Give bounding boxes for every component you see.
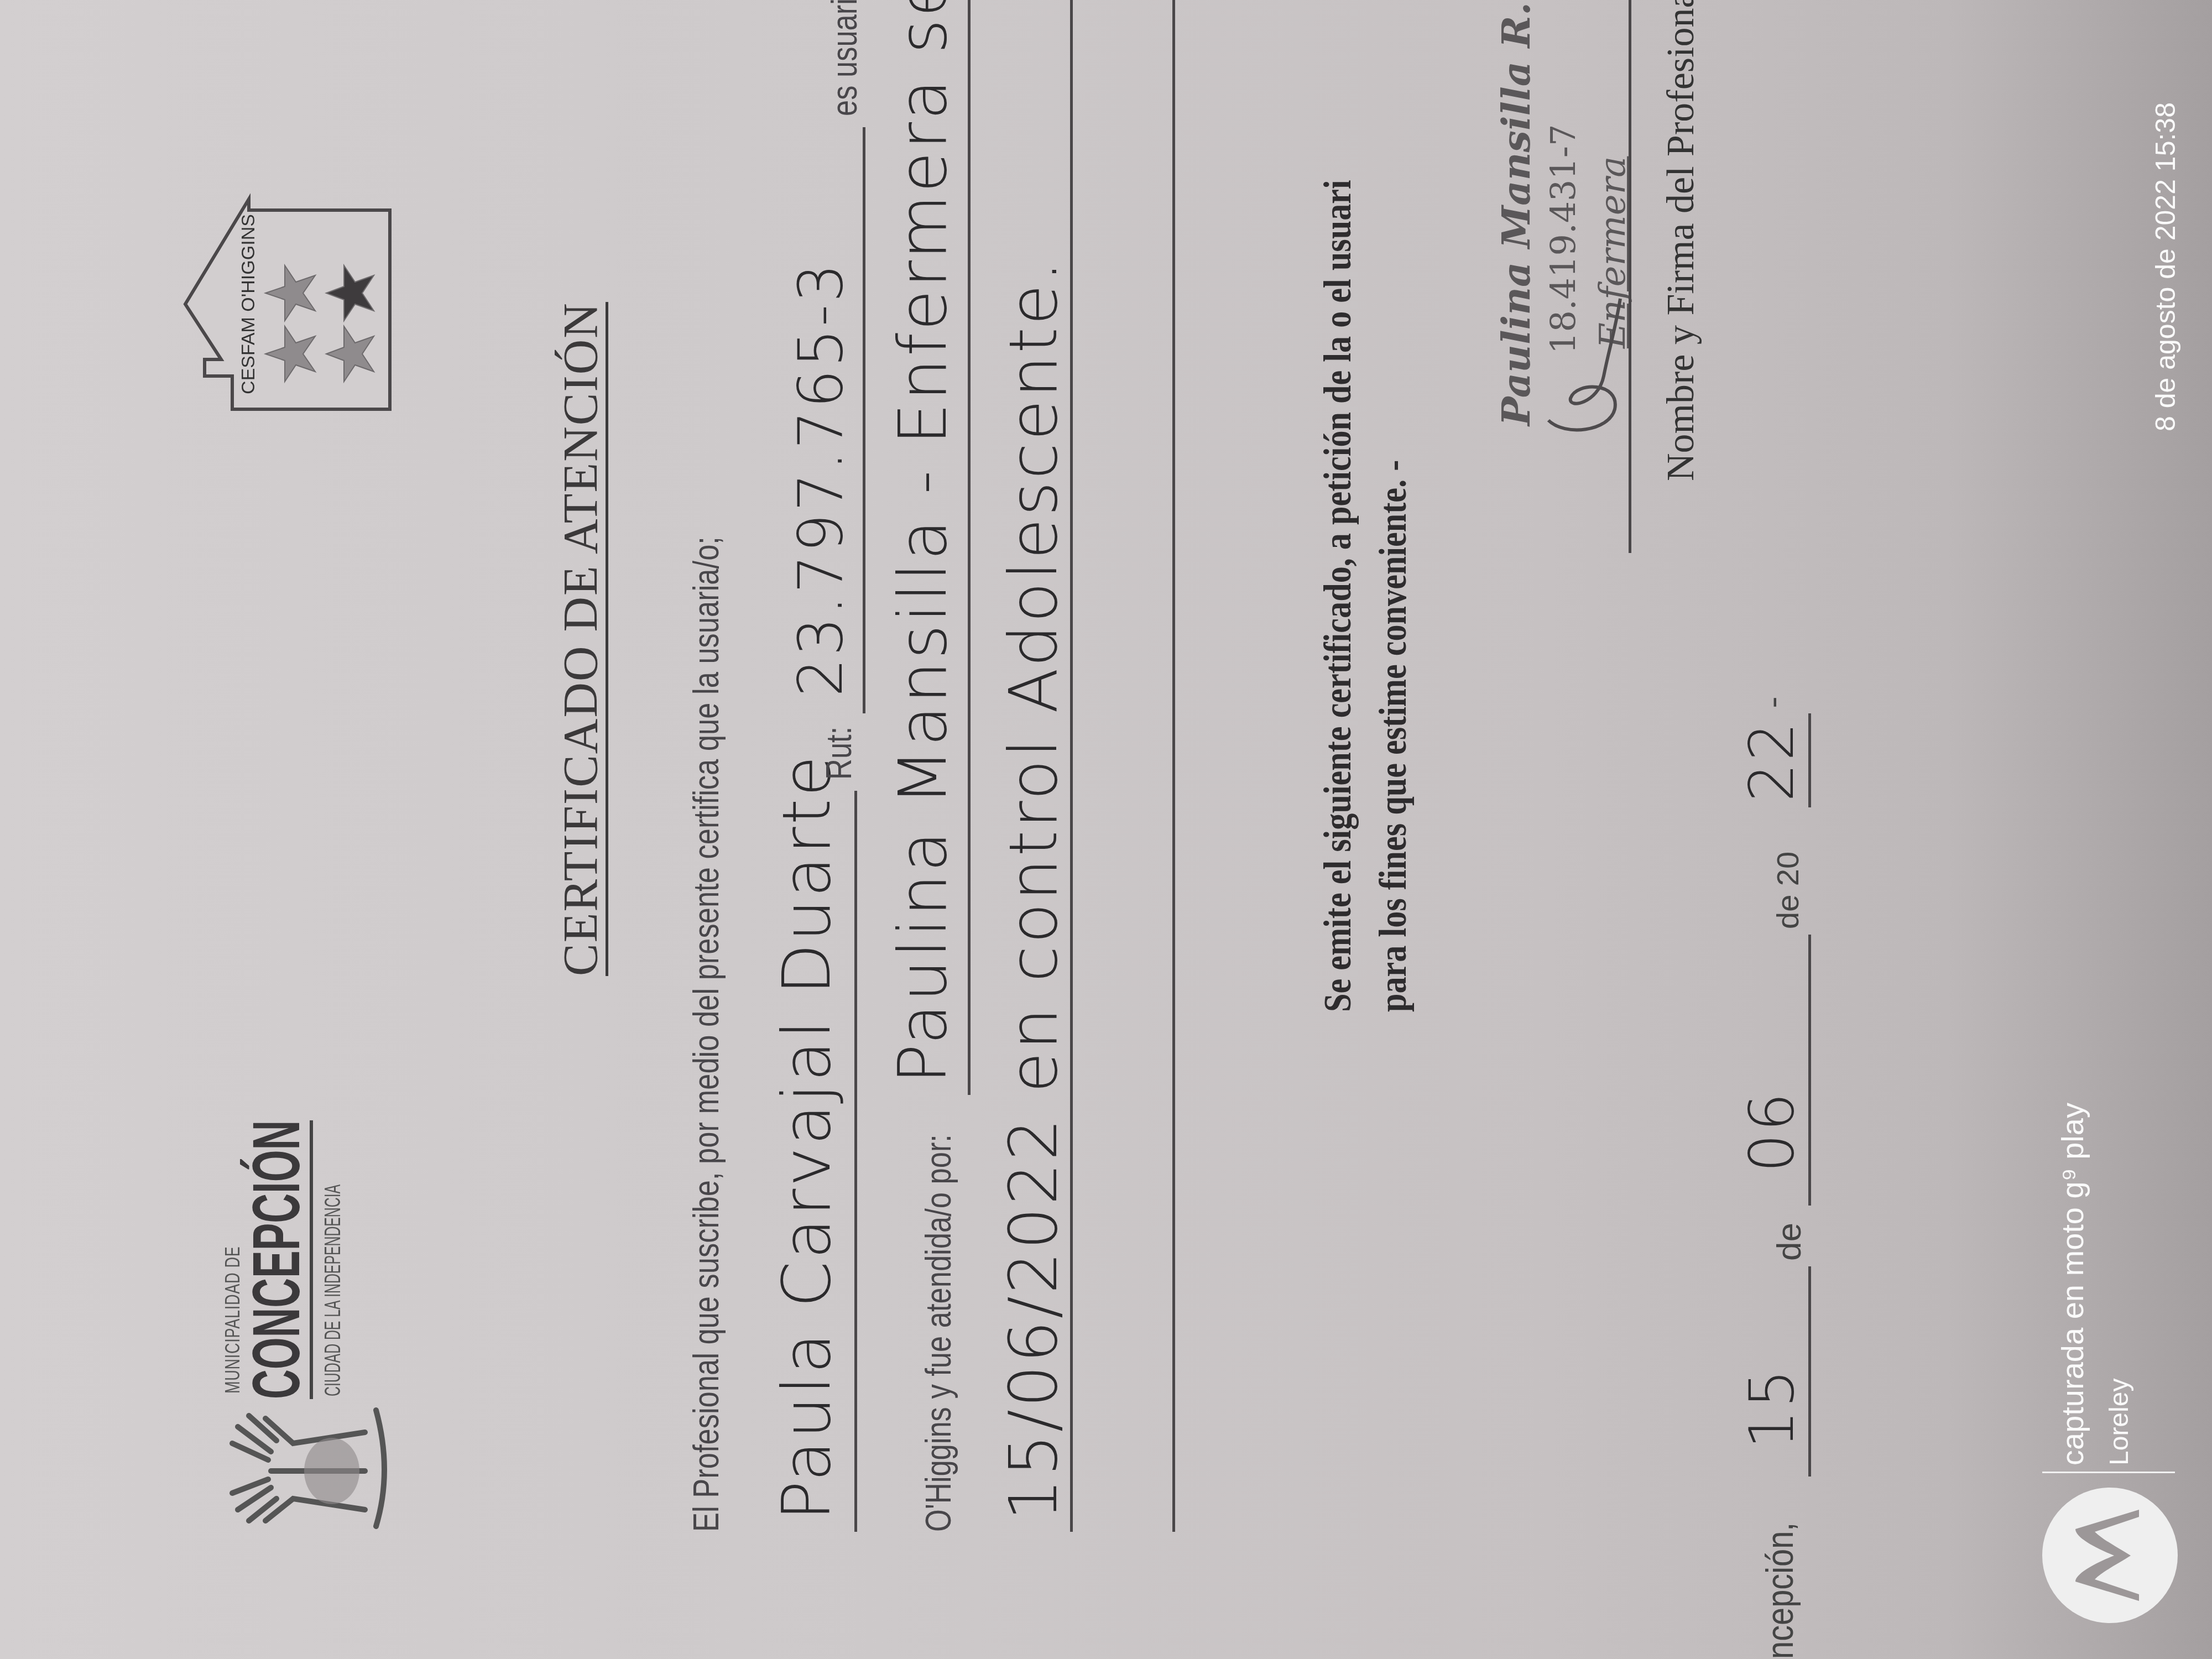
attended-by[interactable]: Paulina Mansilla - Enfermera sector mora… [885, 0, 962, 1084]
condor-emblem-icon [227, 1405, 387, 1532]
rut-value[interactable]: 23.797.765-3 [785, 262, 856, 697]
patient-name-rule [854, 791, 857, 1532]
attention-detail[interactable]: 15/06/2022 en control Adolescente. [995, 259, 1072, 1521]
motorola-logo-icon [2042, 1488, 2178, 1623]
date-suffix: - [1753, 697, 1791, 708]
signature-scribble-icon [1532, 276, 1642, 442]
rut-rule [863, 127, 865, 713]
municipality-name: CONCEPCIÓN [243, 1120, 313, 1399]
attended-rule [968, 0, 971, 1095]
owner-text: Loreley [2104, 1379, 2135, 1465]
usuaria-text: es usuaria/o del C [824, 0, 865, 116]
page-title: CERTIFICADO DE ATENCIÓN [553, 302, 609, 976]
day-rule [1808, 1266, 1811, 1477]
watermark-divider [2042, 1472, 2175, 1473]
year-rule [1808, 713, 1811, 807]
photo-background: MUNICIPALIDAD DE CONCEPCIÓN CIUDAD DE LA… [0, 0, 2212, 1659]
intro-text: El Profesional que suscribe, por medio d… [686, 536, 727, 1532]
attended-label: O'Higgins y fue atendida/o por: [918, 1134, 959, 1532]
signature-rule [1629, 0, 1631, 553]
captured-on-text: capturada en moto g⁹ play [2054, 1103, 2090, 1465]
patient-name[interactable]: Paula Carvajal Duarte [769, 754, 846, 1521]
capture-timestamp-text: 8 de agosto de 2022 15:38 [2150, 102, 2182, 431]
capture-device-info: capturada en moto g⁹ play Loreley [2063, 1012, 2124, 1465]
date-year[interactable]: 22 [1736, 720, 1807, 802]
issue-statement-line2: para los fines que estime conveniente. - [1371, 460, 1416, 1012]
cesfam-logo: CESFAM O'HIGGINS [182, 188, 393, 420]
municipality-tagline: CIUDAD DE LA INDEPENDENCIA [321, 1185, 346, 1396]
cesfam-logo-text: CESFAM O'HIGGINS [238, 214, 259, 394]
issue-statement-line1: Se emite el siguiente certificado, a pet… [1316, 180, 1360, 1012]
signature-caption: Nombre y Firma del Profesional [1659, 0, 1703, 481]
capture-timestamp: 8 de agosto de 2022 15:38 [2143, 11, 2187, 431]
rut-label: Rut: [818, 727, 859, 780]
date-city: ncepción, [1759, 1522, 1802, 1659]
municipality-logo: MUNICIPALIDAD DE CONCEPCIÓN CIUDAD DE LA… [216, 1145, 398, 1532]
date-de-2: de 20 [1770, 852, 1806, 929]
date-day[interactable]: 15 [1736, 1367, 1807, 1449]
certificate-document: MUNICIPALIDAD DE CONCEPCIÓN CIUDAD DE LA… [0, 0, 2212, 1659]
house-stars-icon: CESFAM O'HIGGINS [182, 188, 393, 420]
month-rule [1808, 935, 1811, 1206]
date-de-1: de [1770, 1223, 1809, 1261]
date-month[interactable]: 06 [1736, 1091, 1807, 1172]
blank-rule-1 [1172, 0, 1175, 1532]
